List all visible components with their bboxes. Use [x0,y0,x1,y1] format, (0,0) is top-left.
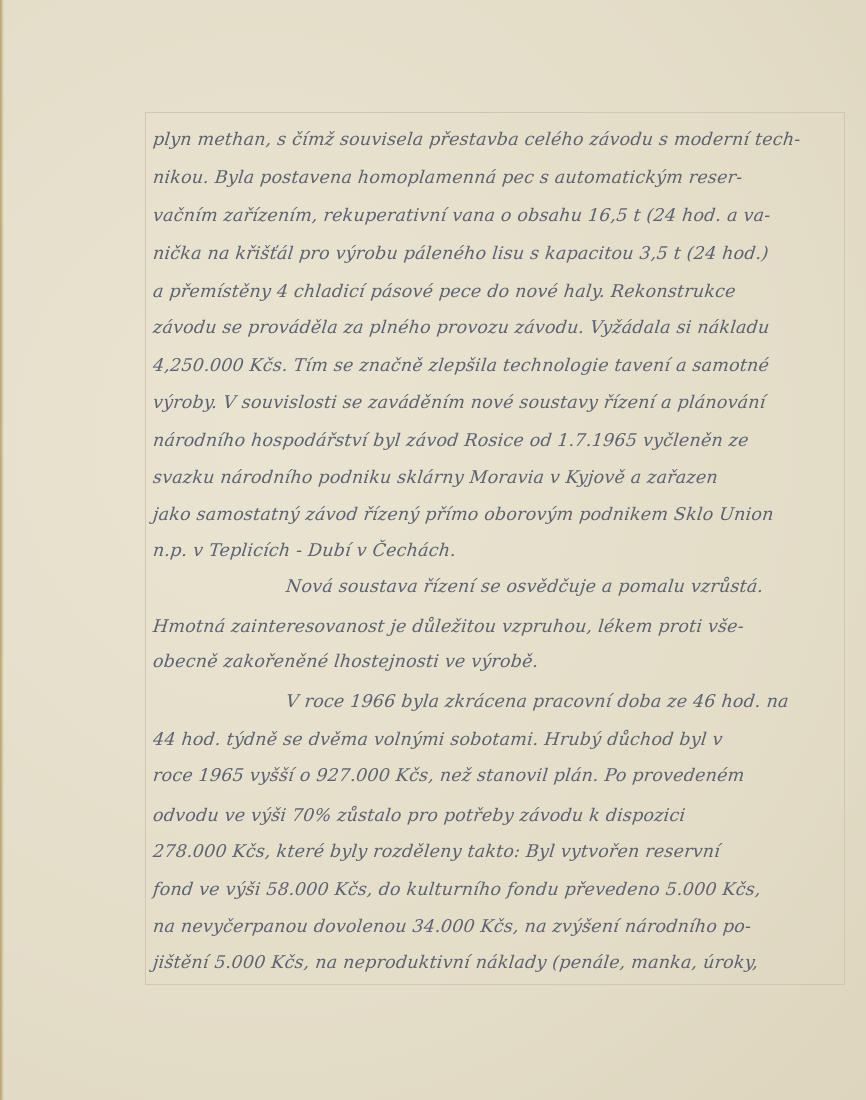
text-line: odvodu ve výši 70% zůstalo pro potřeby z… [152,806,854,826]
text-line: obecně zakořeněné lhostejnosti ve výrobě… [152,652,854,672]
text-line: fond ve výši 58.000 Kčs, do kulturního f… [152,880,854,900]
paragraph-start-line: Nová soustava řízení se osvědčuje a poma… [285,577,866,597]
text-line: roce 1965 vyšší o 927.000 Kčs, než stano… [152,766,854,786]
text-line: svazku národního podniku sklárny Moravia… [152,468,854,488]
text-line: 278.000 Kčs, které byly rozděleny takto:… [152,842,854,862]
text-line: 44 hod. týdně se dvěma volnými sobotami.… [152,730,854,750]
text-line: závodu se prováděla za plného provozu zá… [152,318,854,338]
text-line: 4,250.000 Kčs. Tím se značně zlepšila te… [152,356,854,376]
text-line: nička na křišťál pro výrobu páleného lis… [152,244,854,264]
paragraph-start-line: V roce 1966 byla zkrácena pracovní doba … [285,692,866,712]
text-line: jištění 5.000 Kčs, na neproduktivní nákl… [152,953,854,973]
text-line: jako samostatný závod řízený přímo oboro… [152,505,854,525]
text-line: nikou. Byla postavena homoplamenná pec s… [152,168,854,188]
text-line: Hmotná zainteresovanost je důležitou vzp… [152,617,854,637]
text-line: výroby. V souvislosti se zaváděním nové … [152,393,854,413]
page-binding-edge [0,0,4,1100]
text-line: národního hospodářství byl závod Rosice … [152,431,854,451]
text-line: n.p. v Teplicích - Dubí v Čechách. [152,541,854,561]
text-line: vačním zařízením, rekuperativní vana o o… [152,206,854,226]
text-line: na nevyčerpanou dovolenou 34.000 Kčs, na… [152,917,854,937]
text-line: a přemístěny 4 chladicí pásové pece do n… [152,282,854,302]
text-line: plyn methan, s čímž souvisela přestavba … [152,130,854,150]
